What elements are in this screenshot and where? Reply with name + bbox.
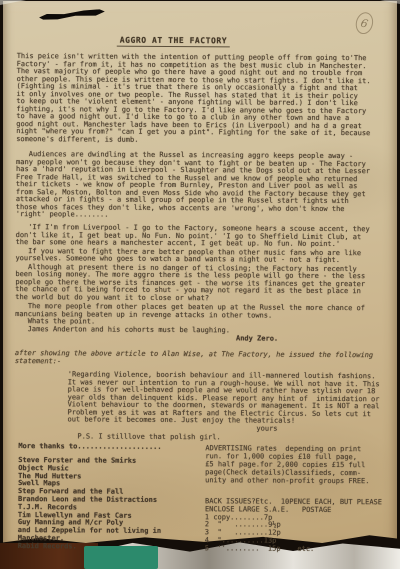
page-content: 6 AGGRO AT THE FACTORY This peice isn't … [0,0,400,569]
article-paragraph-4: If you want to fight there are better pe… [15,248,361,265]
marker-streak [39,9,105,21]
scanned-page-background: 6 AGGRO AT THE FACTORY This peice isn't … [0,0,400,569]
back-issues-prices: BACK ISSUES?Etc. 10PENCE EACH, BUT PLEAS… [205,498,382,554]
article-paragraph-3: 'If I'm from Liverpool - I go to the Fac… [16,224,370,249]
article-paragraph-1: This peice isn't written with the intent… [16,53,371,146]
page-number: 6 [353,10,375,36]
thanks-list: Steve Forster and the Smirks Object Musi… [18,457,162,551]
statement-intro: after showing the above article to Alan … [15,350,373,367]
statement-signoff: yours [256,426,277,434]
article-paragraph-5: Although at present there is no danger o… [15,264,365,304]
thanks-heading: More thanks to.................... [18,443,161,451]
statement-body: 'Regarding Violence, boorish behaviour a… [67,371,379,426]
byline: Andy Zero. [236,335,278,343]
advertising-rates: ADVERTISING rates depending on print run… [205,444,370,485]
statement-ps: P.S. I stilllove that polish girl. [77,433,220,441]
article-paragraph-6: The more people from other places get be… [15,303,365,335]
page-title: AGGRO AT THE FACTORY [117,37,230,48]
article-paragraph-2: Audiences are dwindling at the Russel as… [16,151,370,221]
